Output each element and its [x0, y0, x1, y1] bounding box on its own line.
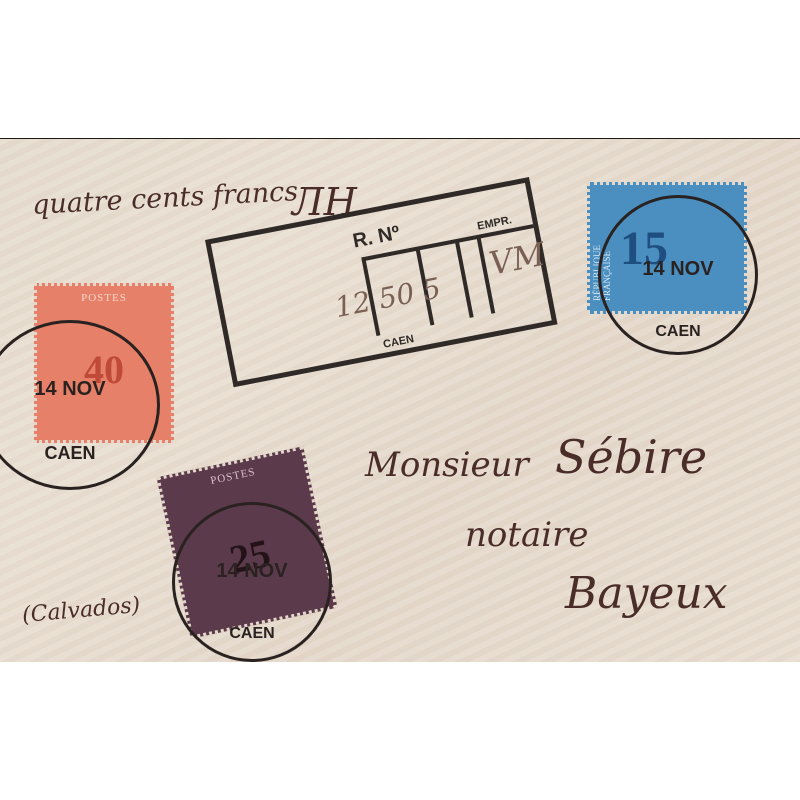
registration-header: R. Nº	[351, 222, 402, 254]
recipient-profession: notaire	[465, 515, 589, 555]
registration-number: 12 50 5	[332, 271, 443, 324]
postmark-bottom: 14 NOV CAEN	[172, 502, 332, 662]
postmark-date: 14 NOV	[0, 378, 157, 401]
postmark-right: 14 NOV CAEN	[598, 195, 758, 355]
registration-footer: CAEN	[382, 333, 415, 351]
postmark-date: 14 NOV	[601, 258, 755, 281]
postmark-town: CAEN	[601, 323, 755, 341]
postmark-date: 14 NOV	[175, 560, 329, 583]
postmark-town: CAEN	[0, 443, 157, 464]
recipient-name: Sébire	[555, 430, 707, 484]
salutation-text: Monsieur	[365, 445, 529, 485]
postmark-town: CAEN	[175, 625, 329, 643]
recipient-city: Bayeux	[565, 568, 728, 619]
stamp-top-label: POSTES	[37, 292, 171, 304]
registration-initials: VM	[486, 235, 548, 283]
